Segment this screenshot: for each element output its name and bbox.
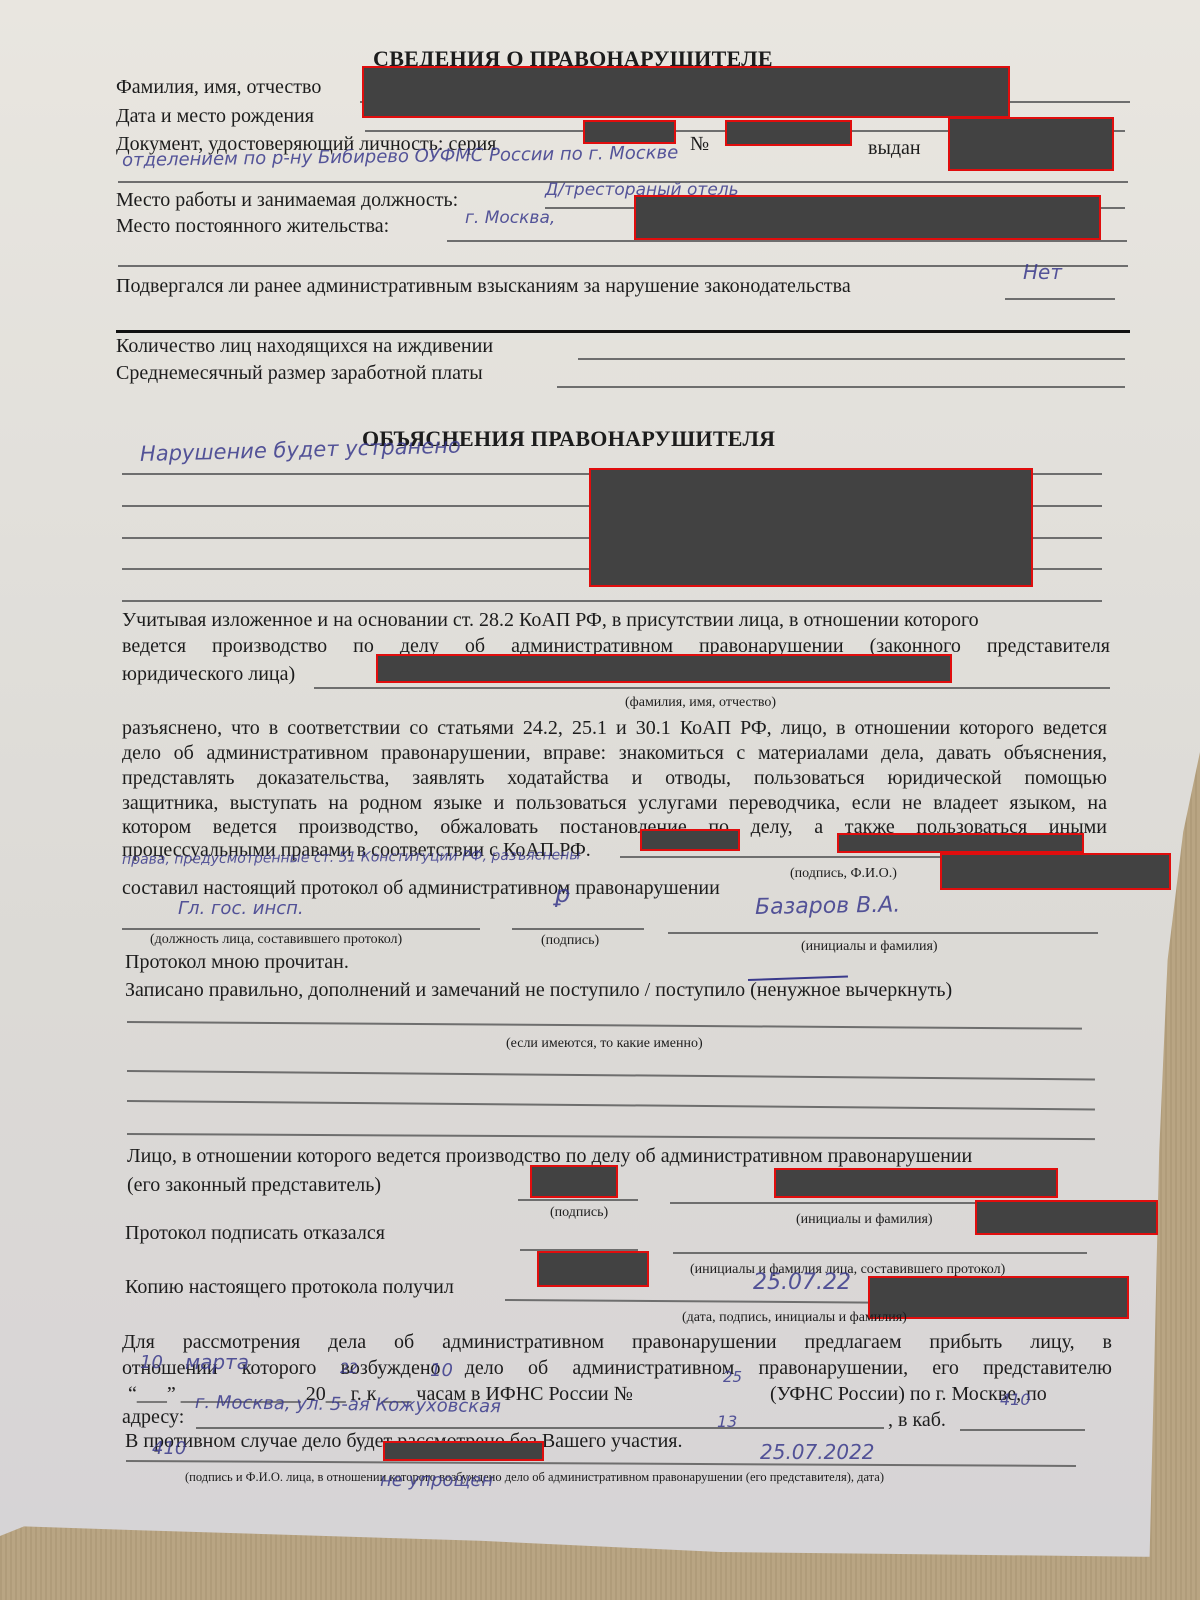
redacted-residence: [634, 195, 1101, 240]
redacted-id-series: [583, 120, 676, 144]
redacted-person-signature: [530, 1165, 618, 1198]
handwritten-residence: г. Москва,: [465, 208, 555, 228]
handwritten-compiler-name: Базаров В.А.: [755, 892, 901, 920]
redacted-rights-signature: [640, 829, 740, 851]
redacted-final-signature: [383, 1441, 544, 1461]
person-signature-line: [518, 1199, 638, 1201]
room-label: , в каб.: [888, 1410, 946, 1430]
compiler-statement: составил настоящий протокол об администр…: [122, 878, 720, 898]
id-number-label: №: [690, 134, 709, 154]
handwritten-copy-date: 25.07.22: [753, 1270, 851, 1295]
handwritten-hour: 10: [430, 1360, 453, 1381]
residence-label: Место постоянного жительства:: [116, 216, 389, 236]
position-line: [122, 928, 480, 930]
redacted-rights-name: [837, 833, 1084, 853]
rights-para1-line1: Учитывая изложенное и на основании ст. 2…: [122, 610, 1112, 630]
birth-label: Дата и место рождения: [116, 106, 314, 126]
rights-para2-line1: разъяснено, что в соответствии со статья…: [122, 718, 1107, 738]
summons-line-2: отношении которого возбуждено дело об ад…: [122, 1358, 1112, 1378]
remarks-caption: (если имеются, то какие именно): [506, 1037, 703, 1051]
handwritten-final-note: не упрощен: [380, 1470, 493, 1491]
dependents-line: [578, 358, 1125, 360]
handwritten-final-date: 25.07.2022: [760, 1440, 875, 1464]
copy-label: Копию настоящего протокола получил: [125, 1277, 454, 1297]
legal-rep-line: [314, 687, 1110, 689]
dependents-label: Количество лиц находящихся на иждивении: [116, 336, 493, 356]
person-label-2: (его законный представитель): [127, 1175, 381, 1195]
redacted-id-number: [725, 120, 852, 146]
handwritten-room-2: 410: [152, 1438, 186, 1459]
remarks-label: Записано правильно, дополнений и замечан…: [125, 980, 952, 1000]
full-name-label: Фамилия, имя, отчество: [116, 77, 321, 97]
handwritten-day: 10: [140, 1352, 163, 1373]
copy-caption: (дата, подпись, инициалы и фамилия): [682, 1311, 907, 1325]
blank-line: [118, 265, 1128, 267]
redacted-legal-rep: [376, 654, 952, 683]
person-name-caption: (инициалы и фамилия): [796, 1213, 933, 1227]
fio-caption: (фамилия, имя, отчество): [625, 696, 776, 710]
explanation-line-5: [122, 600, 1102, 602]
handwritten-year: 22: [340, 1361, 358, 1377]
address-line: [196, 1427, 884, 1429]
redacted-person-extra: [975, 1200, 1158, 1235]
rights-text: Учитывая изложенное и на основании ст. 2…: [122, 610, 979, 630]
rights-sign-caption: (подпись, Ф.И.О.): [790, 867, 897, 881]
name-line: [668, 932, 1098, 934]
final-caption: (подпись и Ф.И.О. лица, в отношении кото…: [185, 1471, 884, 1484]
rights-para2-line4: защитника, выступать на родном языке и п…: [122, 793, 1107, 813]
handwritten-position: Гл. гос. инсп.: [178, 898, 304, 919]
address-label: адресу:: [122, 1407, 184, 1427]
residence-line: [447, 240, 1127, 242]
handwritten-month: марта: [185, 1350, 249, 1374]
person-signature-caption: (подпись): [550, 1206, 608, 1220]
work-label: Место работы и занимаемая должность:: [116, 190, 458, 210]
rights-para2-line3: представлять доказательства, заявлять хо…: [122, 768, 1107, 788]
prior-label: Подвергался ли ранее административным вз…: [116, 276, 851, 296]
read-label: Протокол мною прочитан.: [125, 952, 349, 972]
compiler-signature-mark: ꝑ: [555, 880, 570, 908]
position-caption: (должность лица, составившего протокол): [150, 933, 402, 947]
signature-line: [512, 928, 644, 930]
redacted-copy-name: [868, 1276, 1129, 1319]
summons-line-1: Для рассмотрения дела об административно…: [122, 1332, 1112, 1352]
handwritten-ifns-number: 25: [723, 1368, 742, 1386]
room-line: [960, 1429, 1085, 1431]
refused-name-line: [673, 1252, 1087, 1254]
issued-label: выдан: [868, 138, 921, 158]
redacted-refused-signature: [537, 1251, 649, 1287]
rights-para2-line2: дело об административном правонарушении,…: [122, 743, 1107, 763]
redacted-issued: [948, 117, 1114, 171]
handwritten-address: г. Москва, ул. 5-ая Кожуховская: [195, 1392, 501, 1417]
redacted-rights-extra: [940, 853, 1171, 890]
handwritten-room: 410: [1000, 1390, 1031, 1409]
prior-line: [1005, 298, 1115, 300]
signature-caption: (подпись): [541, 934, 599, 948]
salary-line: [557, 386, 1125, 388]
redacted-person-name: [774, 1168, 1058, 1198]
salary-label: Среднемесячный размер заработной платы: [116, 363, 483, 383]
handwritten-prior: Нет: [1023, 260, 1062, 284]
refused-label: Протокол подписать отказался: [125, 1223, 385, 1243]
rights-para1-line3: юридического лица): [122, 664, 295, 684]
section-divider: [116, 330, 1130, 333]
redacted-explanation: [589, 468, 1033, 587]
rights-para1-line2: ведется производство по делу об админист…: [122, 636, 1110, 656]
name-caption: (инициалы и фамилия): [801, 940, 938, 954]
redacted-full-name: [362, 66, 1010, 118]
person-label-1: Лицо, в отношении которого ведется произ…: [127, 1146, 972, 1166]
